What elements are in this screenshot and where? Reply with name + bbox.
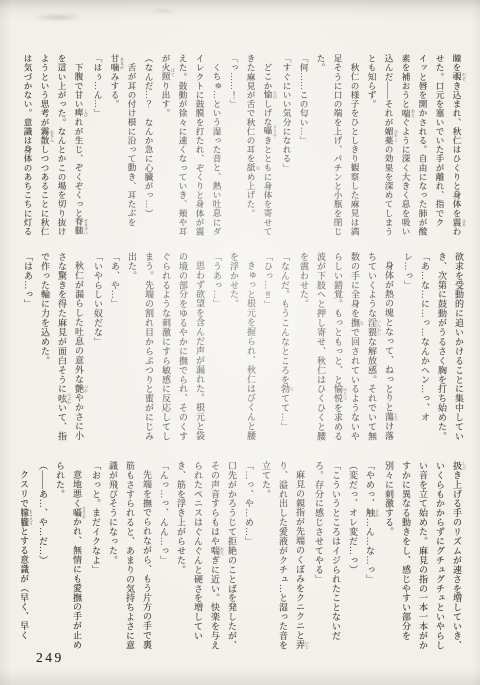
text-band-middle: 欲求を受動的に追いかけることに集中していき、次第に鼓動がうるさく胸を打ち始めた。… — [21, 252, 467, 443]
paragraph: （――あ…、や…だ…） — [34, 461, 51, 652]
scanned-book-page: 瞳を覗のぞき込まれ、秋仁はひくりと身体を震ふるわせた。口元を塞いでいた手が離れ、… — [0, 0, 480, 685]
paragraph: 「何……この匂い…」 — [295, 54, 312, 238]
paragraph: 先端を撫でられながら、もう片方の手で裏筋もさすられると、あまりの気持ちよさに意識… — [104, 461, 155, 652]
paragraph: 「あ…な…に…っ…なんかヘン…っ、オレ…っ」 — [399, 252, 433, 443]
paragraph: 「はぅ…ん…」 — [89, 54, 106, 238]
paragraph: 「うあっ…」 — [208, 252, 225, 443]
paragraph: 身体が熱の塊となって、ねっとりと蕩とろけ落ちていくような淫猥いんわいな解放感。そ… — [295, 252, 399, 443]
paragraph: 「やめっ、触さわ…ん…な…っ」 — [361, 461, 380, 652]
paragraph: 「おっと。まだイクなよ」 — [87, 461, 104, 652]
paragraph: くちゅ…という湿った音と、熱い吐息にダイレクトに鼓膜を打たれ、ぞくりと身体が震え… — [157, 54, 225, 238]
paragraph: 「んっ…っ、んん…っ」 — [155, 461, 172, 652]
paragraph: 秋仁の様子をひとしきり観察した麻見は満足そうに口の端を上げ、パチンと小瓶を閉じた… — [312, 54, 363, 238]
paragraph: （変だっ、オレ変だ…っ） — [344, 461, 361, 652]
paragraph: 秋仁が漏らした吐息の意外な艶つややかさに小さな驚きを得た麻見が面白そうに呟つぶや… — [36, 252, 89, 443]
paragraph: 「…っ、や…め…」 — [240, 461, 257, 652]
paragraph: どこか愉たのしげな囁ささやきとともに身体を寄せてきた麻見が舌で秋仁の耳を舐なめ上… — [242, 54, 278, 238]
paragraph: きゅっと根元を握られ、秋仁はびくんと腰を浮かせた。 — [225, 252, 259, 443]
text-band-top: 瞳を覗のぞき込まれ、秋仁はひくりと身体を震ふるわせた。口元を塞いでいた手が離れ、… — [21, 54, 467, 238]
paragraph: 下腹で甘い痺しびれが生じ、ぞくぞくっと脊髄せきずいを這い上がった。なんとかこの場… — [21, 54, 89, 238]
paragraph: 思わず欲望を含んだ声が漏れた。根元と袋の境の部分をゆるやかに撫でられ、そのくすぐ… — [123, 252, 208, 443]
paragraph: 口先がかろうじて拒絶のことばを発したが、その声音すらもはや喘あえぎに近い。快楽を… — [172, 461, 240, 652]
scan-smudge — [32, 13, 84, 22]
paragraph: クスリで朦朧もうろうとする意識が（早く、早く — [21, 461, 34, 652]
paragraph: 意地悪く囁ささやかれ、無情にも愛撫の手が止められた。 — [51, 461, 87, 652]
paragraph: 扱しごき上げる手のリズムが速さを増していき、いくらもかからずにグチュグチュといや… — [380, 461, 467, 652]
scan-smudge — [150, 8, 176, 14]
paragraph: 「っ……！」 — [225, 54, 242, 238]
paragraph: 「はあ…っ」 — [21, 252, 36, 443]
paragraph: 「なんだ。もうこんなところを勃たてて…」 — [276, 252, 295, 443]
paragraph: 「すぐにいい気分になれる」 — [278, 54, 295, 238]
paragraph: 「こういうところはイジられたことないだろ。存分に感じさせてやる」 — [310, 461, 344, 652]
paragraph: 「あ、や…」 — [106, 252, 123, 443]
paragraph: 瞳を覗のぞき込まれ、秋仁はひくりと身体を震ふるわせた。口元を塞いでいた手が離れ、… — [363, 54, 467, 238]
paragraph: 「ひっ…‼」 — [259, 252, 276, 443]
page-number: 249 — [36, 650, 64, 666]
paragraph: 麻見の親指が先端のくぼみをクニクニと弄いじり、溢れ出した愛液がクチュ…と湿った音… — [257, 461, 310, 652]
paragraph: （なんだ…？ なんか急に心臓がっ…） — [140, 54, 157, 238]
paragraph: 「いやらしい奴だな」 — [89, 252, 106, 443]
paragraph: 舌が耳の付け根に沿って動き、耳たぶを甘噛あまがみする。 — [106, 54, 140, 238]
text-band-bottom: 扱しごき上げる手のリズムが速さを増していき、いくらもかからずにグチュグチュといや… — [21, 461, 467, 652]
paragraph: 欲求を受動的に追いかけることに集中していき、次第に鼓動がうるさく胸を打ち始めた。 — [433, 252, 467, 443]
